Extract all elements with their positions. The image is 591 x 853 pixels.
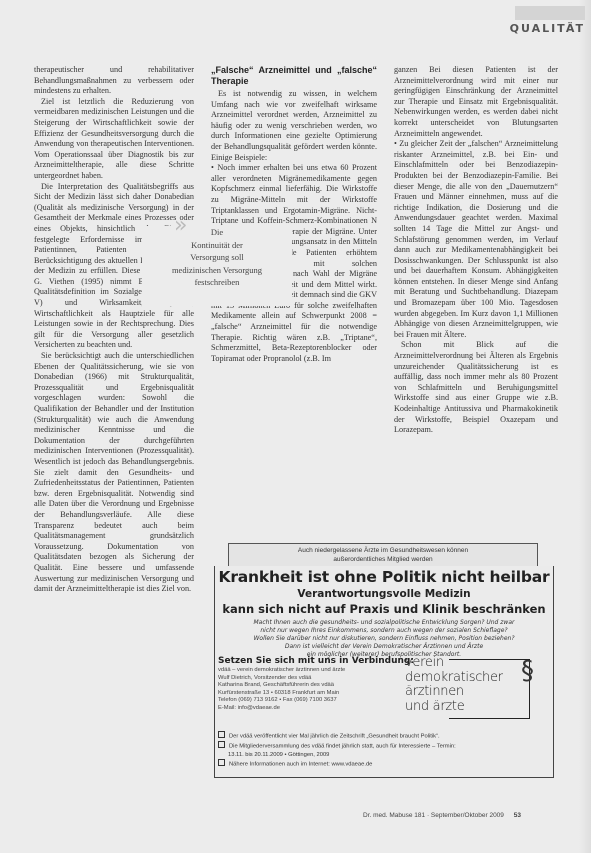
contact-phone: Telefon (069) 713 9162 • Fax (069) 7100 … [218, 697, 408, 705]
ad-subheadline-1: Verantwortungsvolle Medizin [215, 588, 553, 600]
checkbox-icon[interactable] [218, 759, 225, 766]
checkbox-label: Der vdää veröffentlicht vier Mal jährlic… [229, 734, 440, 740]
checkbox-item-continued: 13.11. bis 20.11.2009 • Göttingen, 2009 [218, 752, 538, 760]
ad-body-line: Dann ist vielleicht der Verein Demokrati… [223, 643, 545, 651]
logo-line: demokratischer [405, 671, 503, 686]
ad-headline: Krankheit ist ohne Politik nicht heilbar [215, 568, 553, 586]
contact-address: Kurfürstenstraße 13 • 60318 Frankfurt am… [218, 690, 408, 698]
pull-quote-line: Kontinuität der [142, 239, 292, 252]
section-subheading: „Falsche“ Arzneimittel und „falsche“ The… [211, 65, 377, 87]
checkbox-label: Nähere Informationen auch im Internet: w… [229, 762, 372, 768]
checkbox-item[interactable]: Nähere Informationen auch im Internet: w… [218, 759, 538, 769]
advertisement-box: Krankheit ist ohne Politik nicht heilbar… [214, 566, 554, 778]
checkbox-item[interactable]: Der vdää veröffentlicht vier Mal jährlic… [218, 731, 538, 741]
logo-line: ärztinnen [405, 685, 503, 700]
checkbox-icon[interactable] [218, 731, 225, 738]
pull-quote-line: Die [142, 226, 292, 239]
text-column-1: therapeutischer und rehabilitativer Beha… [34, 65, 194, 595]
journal-issue: Dr. med. Mabuse 181 · September/Oktober … [363, 812, 504, 819]
ad-contact-block: vdää – verein demokratischer ärztinnen u… [218, 667, 408, 713]
checkbox-item[interactable]: Die Mitgliederversammlung des vdää finde… [218, 741, 538, 751]
vdaeae-logo: § verein demokratischer ärztinnen und är… [405, 656, 545, 724]
paragraph: Ziel ist letztlich die Reduzierung von v… [34, 97, 194, 182]
ad-body-line: nicht nur wegen Ihres Einkommens, sonder… [223, 627, 545, 635]
checkbox-icon[interactable] [218, 741, 225, 748]
ad-notice-line: außerordentliches Mitglied werden [229, 555, 537, 564]
section-rubric: QUALITÄT [510, 22, 585, 35]
ad-notice-line: Auch niedergelassene Ärzte im Gesundheit… [229, 546, 537, 555]
logo-line: und ärzte [405, 700, 503, 715]
paragraph: ganzen Bei diesen Patienten ist der Arzn… [394, 65, 558, 139]
pull-quote-line: festschreiben [142, 276, 292, 289]
paragraph: Sie berücksichtigt auch die unterschiedl… [34, 351, 194, 595]
ad-body-line: Wollen Sie darüber nicht nur diskutieren… [223, 635, 545, 643]
ad-body-line: Macht Ihnen auch die gesundheits- und so… [223, 619, 545, 627]
page-footer: Dr. med. Mabuse 181 · September/Oktober … [363, 812, 563, 819]
bullet-paragraph: • Zu gleicher Zeit der „falschen“ Arznei… [394, 139, 558, 340]
page-edge-shadow [579, 0, 591, 853]
text-column-2: „Falsche“ Arzneimittel und „falsche“ The… [211, 65, 377, 364]
page-number: 53 [514, 812, 521, 819]
paragraph: Es ist notwendig zu wissen, in welchem U… [211, 89, 377, 163]
pull-quote: » Die Kontinuität der Versorgung soll me… [142, 226, 292, 306]
ad-subheadline-2: kann sich nicht auf Praxis und Klinik be… [215, 602, 553, 616]
quote-mark-icon: » [174, 220, 187, 233]
contact-line: Katharina Brand, Geschäftsführerin des v… [218, 682, 408, 690]
logo-line: verein [405, 656, 503, 671]
ad-top-notice: Auch niedergelassene Ärzte im Gesundheit… [228, 543, 538, 567]
ad-body-text: Macht Ihnen auch die gesundheits- und so… [223, 619, 545, 659]
ad-contact-heading: Setzen Sie sich mit uns in Verbindung: [218, 656, 414, 666]
paragraph: Schon mit Blick auf die Arzneimittelvero… [394, 340, 558, 435]
contact-line: Wulf Dietrich, Vorsitzender des vdää [218, 675, 408, 683]
contact-line: vdää – verein demokratischer ärztinnen u… [218, 667, 408, 675]
logo-text: verein demokratischer ärztinnen und ärzt… [405, 656, 503, 714]
aesculapius-snake-icon: § [521, 656, 534, 686]
paragraph: therapeutischer und rehabilitativer Beha… [34, 65, 194, 97]
checkbox-label: Die Mitgliederversammlung des vdää finde… [229, 744, 456, 750]
ad-checkbox-list: Der vdää veröffentlicht vier Mal jährlic… [218, 731, 538, 770]
pull-quote-line: Versorgung soll [142, 251, 292, 264]
text-column-3: ganzen Bei diesen Patienten ist der Arzn… [394, 65, 558, 436]
contact-email[interactable]: E-Mail: info@vdaeae.de [218, 705, 408, 713]
pull-quote-line: medizinischen Versorgung [142, 264, 292, 277]
rubric-bar [515, 6, 585, 20]
magazine-page: QUALITÄT therapeutischer und rehabilitat… [0, 0, 591, 853]
